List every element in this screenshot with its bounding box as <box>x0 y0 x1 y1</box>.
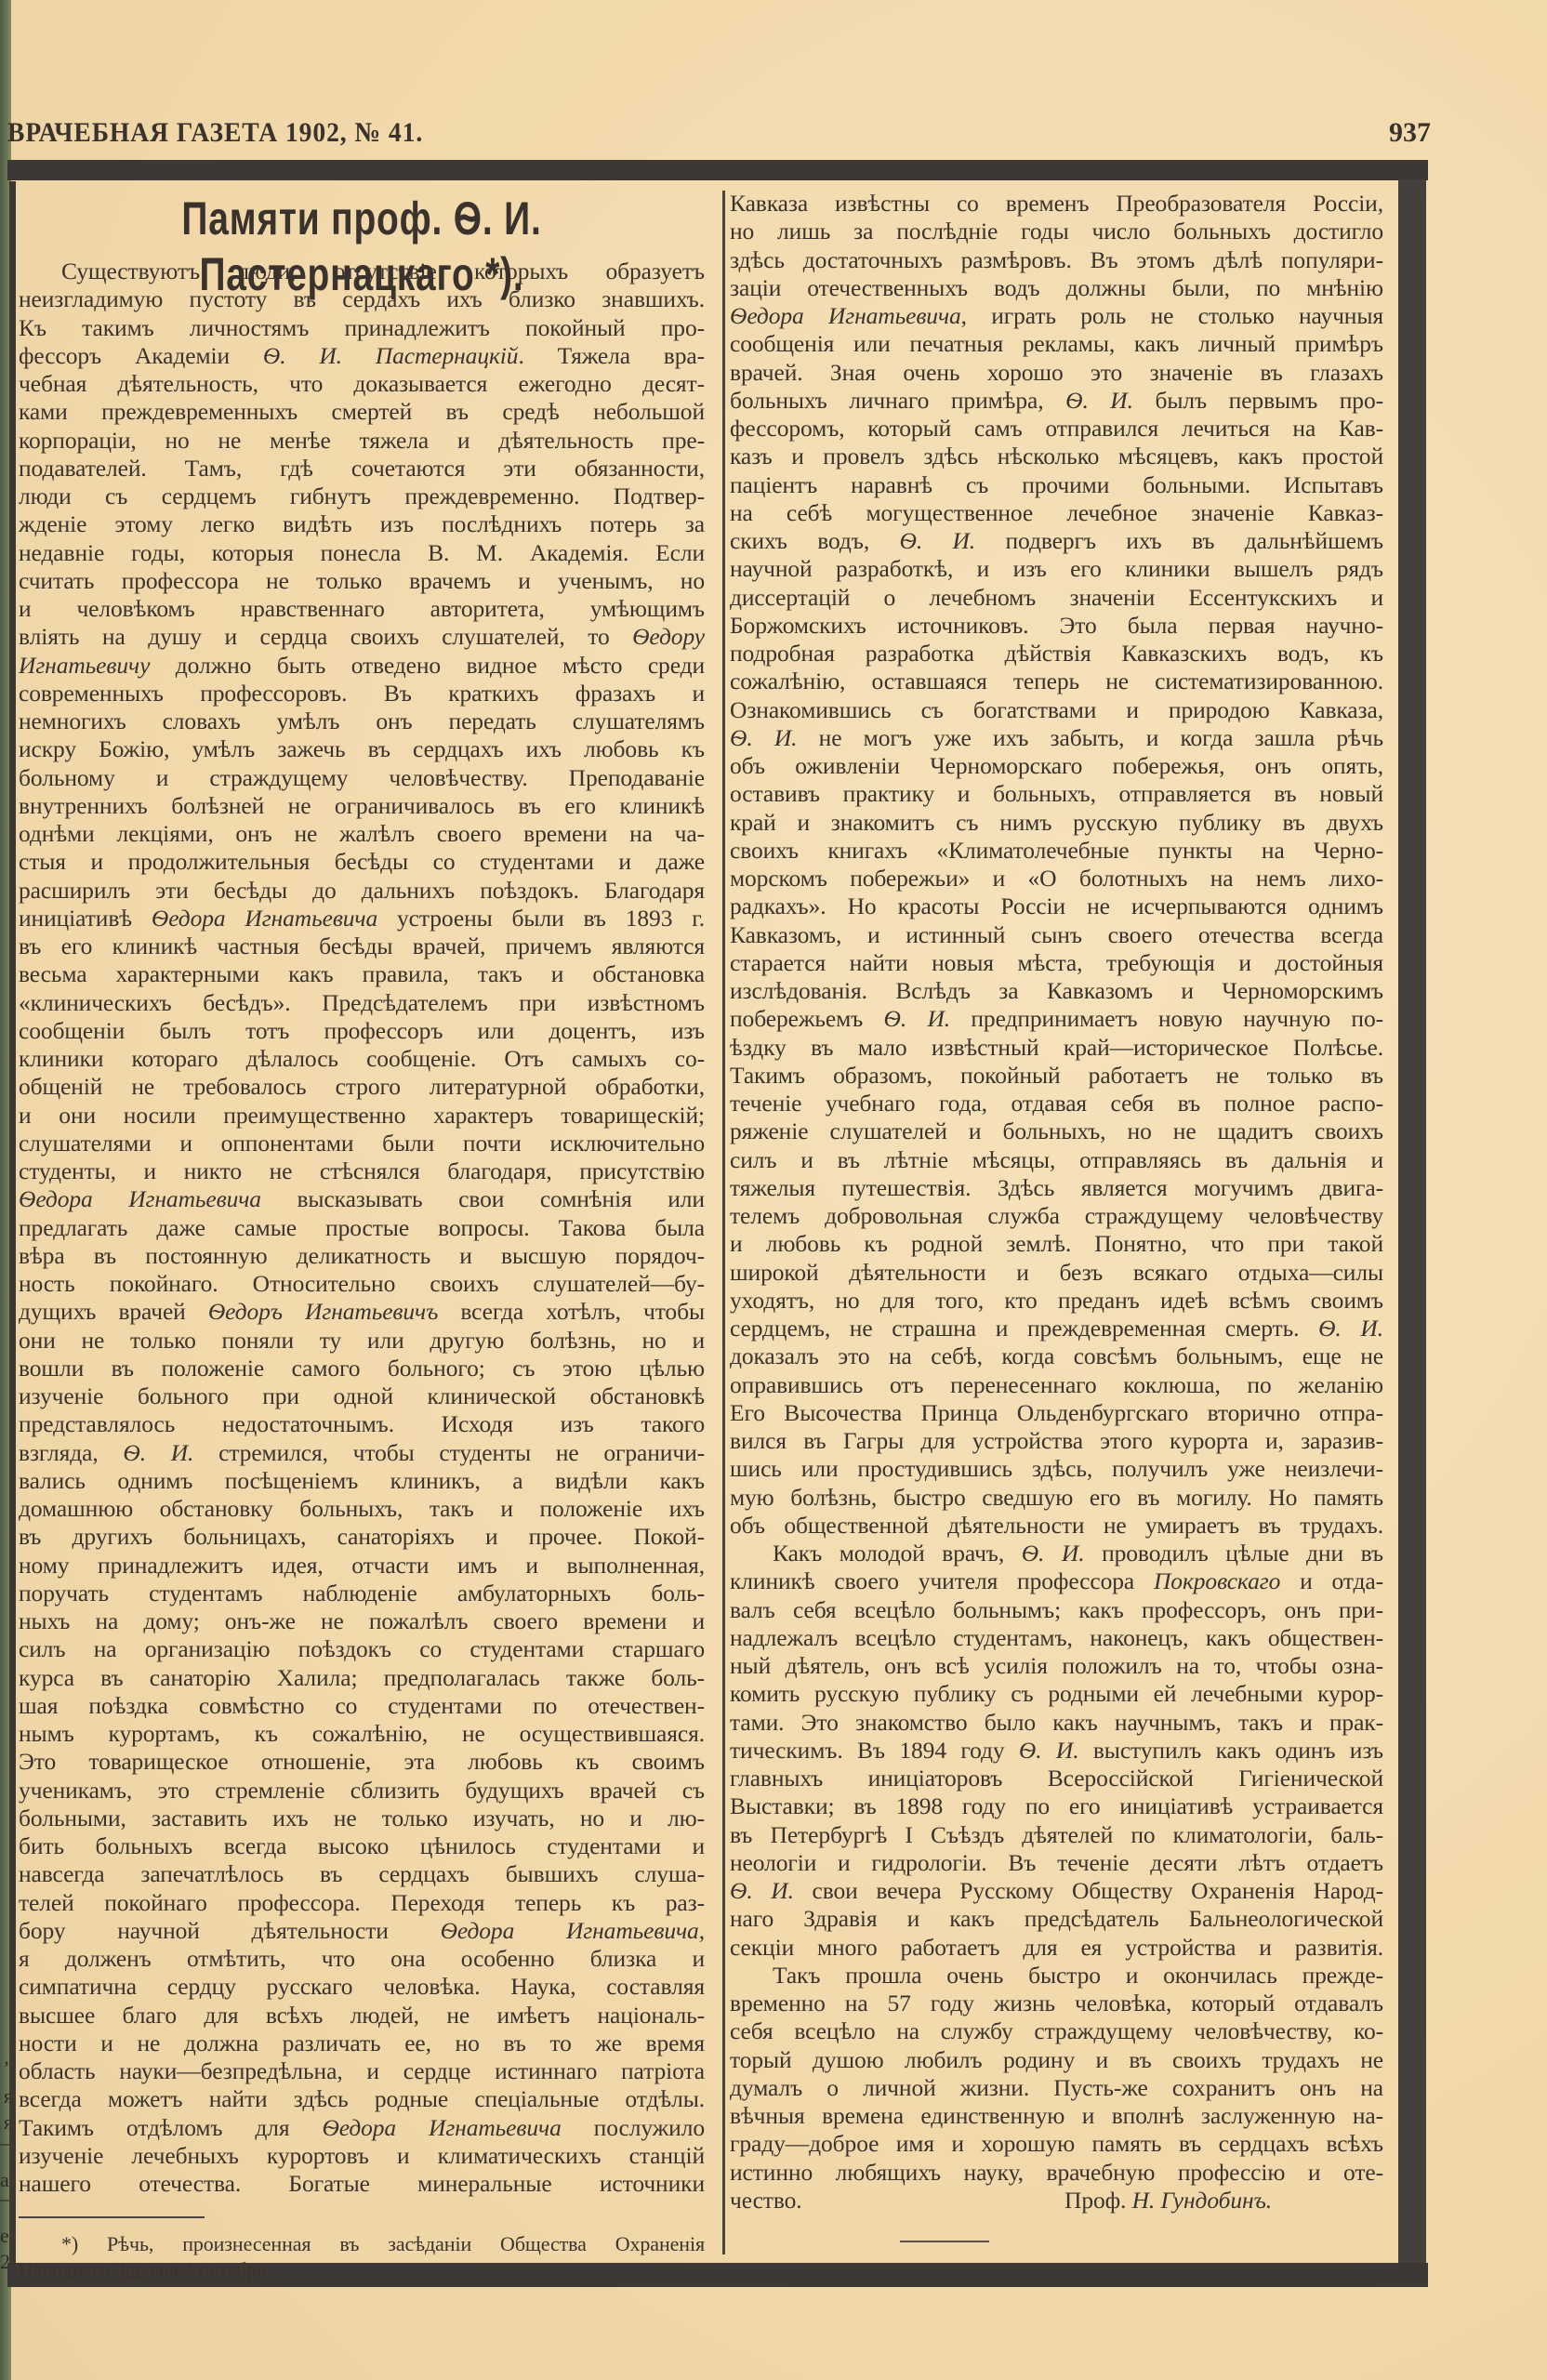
text-line: врачей. Зная очень хорошо это значеніе в… <box>730 359 1383 387</box>
text-line: бить больныхъ всегда высоко цѣнилось сту… <box>19 1832 705 1860</box>
text-line: «клиническихъ бесѣдъ». Предсѣдателемъ пр… <box>19 989 705 1017</box>
text-line: но лишь за послѣдніе годы число больныхъ… <box>730 218 1383 245</box>
text-line: тяжелыя путешествія. Здѣсь является могу… <box>730 1174 1383 1202</box>
text-line: силъ и въ лѣтніе мѣсяцы, отправляясь въ … <box>730 1146 1383 1174</box>
text-line: и человѣкомъ нравственнаго авторитета, у… <box>19 595 705 623</box>
text-line: доказалъ это на себѣ, когда совсѣмъ боль… <box>730 1342 1383 1370</box>
text-line: широкой дѣятельности и безъ всякаго отды… <box>730 1259 1383 1287</box>
text-line: Кавказомъ, и истинный сынъ своего отечес… <box>730 921 1383 949</box>
text-line: нымъ курортамъ, къ сожалѣнію, не осущест… <box>19 1720 705 1748</box>
signature-prefix: Проф. <box>1064 2187 1126 2214</box>
closing-line: чество. Проф. Н. Гундобинъ. <box>730 2187 1383 2215</box>
text-line: ѣздку въ мало извѣстный край—историческо… <box>730 1034 1383 1062</box>
text-line: ность покойнаго. Относительно своихъ слу… <box>19 1270 705 1298</box>
text-line: телемъ добровольная служба страждущему ч… <box>730 1202 1383 1230</box>
text-line: Его Высочества Принца Ольденбургскаго вт… <box>730 1399 1383 1427</box>
text-line: здѣсь достаточныхъ размѣровъ. Въ этомъ д… <box>730 246 1383 274</box>
text-line: мую болѣзнь, быстро сведшую его въ могил… <box>730 1484 1383 1512</box>
text-line: подавателей. Тамъ, гдѣ сочетаются эти об… <box>19 455 705 483</box>
running-head-title: ВРАЧЕБНАЯ ГАЗЕТА 1902, № 41. <box>7 117 423 149</box>
text-line: старается найти новыя мѣста, требующія и… <box>730 949 1383 977</box>
text-line: себя всецѣло на службу страждущему челов… <box>730 2017 1383 2045</box>
text-line: край и знакомитъ съ нимъ русскую публику… <box>730 809 1383 837</box>
text-line: Ѳ. И. свои вечера Русскому Обществу Охра… <box>730 1877 1383 1905</box>
text-line: диссертацій о лечебномъ значеніи Ессенту… <box>730 584 1383 612</box>
text-line: тическимъ. Въ 1894 году Ѳ. И. выступилъ … <box>730 1737 1383 1765</box>
text-line: влiять на душу и сердца своихъ слушателе… <box>19 623 705 651</box>
text-line: домашнюю обстановку больныхъ, такъ и пол… <box>19 1495 705 1523</box>
text-line: дущихъ врачей Ѳедоръ Игнатьевичъ всегда … <box>19 1298 705 1326</box>
text-line: Выставки; въ 1898 году по его иниціативѣ… <box>730 1792 1383 1820</box>
text-line: изслѣдованія. Вслѣдъ за Кавказомъ и Черн… <box>730 977 1383 1005</box>
text-line: ками преждевременныхъ смертей въ средѣ н… <box>19 398 705 426</box>
text-line: научной разработкѣ, и изъ его клиники вы… <box>730 555 1383 583</box>
text-line: я долженъ отмѣтить, что она особенно бли… <box>19 1945 705 1973</box>
text-line: паціентъ наравнѣ съ прочими больными. Ис… <box>730 471 1383 499</box>
text-line: комить русскую публику съ родными ей леч… <box>730 1680 1383 1708</box>
text-line: объ оживленіи Черноморскаго побережья, о… <box>730 752 1383 780</box>
text-line: побережьемъ Ѳ. И. предпринимаетъ новую н… <box>730 1005 1383 1033</box>
text-line: сердцемъ, не страшна и преждевременная с… <box>730 1315 1383 1342</box>
signature-name: Н. Гундобинъ. <box>1132 2187 1272 2214</box>
text-line: чебная дѣятельность, что доказывается еж… <box>19 370 705 398</box>
text-line: немногихъ словахъ умѣлъ онъ передать слу… <box>19 707 705 735</box>
footnote: *) Рѣчь, произнесенная въ засѣданіи Обще… <box>19 2231 705 2283</box>
text-line: надлежалъ всецѣло студентамъ, наконецъ, … <box>730 1624 1383 1652</box>
text-line: вѣра въ постоянную деликатность и высшую… <box>19 1242 705 1270</box>
text-line: секціи много работаетъ для ея устройства… <box>730 1934 1383 1962</box>
text-line: Ѳедора Игнатьевича, играть роль не столь… <box>730 302 1383 330</box>
text-line: временно на 57 году жизнь человѣка, кото… <box>730 1990 1383 2017</box>
text-line: представлялось недостаточнымъ. Исходя из… <box>19 1410 705 1438</box>
text-line: шая поѣздка совмѣстно со студентами по о… <box>19 1692 705 1720</box>
text-line: неологіи и гидрологіи. Въ теченіе десяти… <box>730 1849 1383 1877</box>
text-line: слушателями и оппонентами были почти иск… <box>19 1130 705 1157</box>
text-line: ному принадлежитъ идея, отчасти имъ и вы… <box>19 1552 705 1580</box>
text-line: Ѳ. И. не могъ уже ихъ забыть, и когда за… <box>730 724 1383 752</box>
text-line: Ознакомившись съ богатствами и природою … <box>730 696 1383 724</box>
left-border-rule <box>9 181 16 2264</box>
text-line: торый душою любилъ родину и въ своихъ тр… <box>730 2046 1383 2074</box>
text-line: главныхъ иниціаторовъ Всероссійской Гигі… <box>730 1765 1383 1792</box>
signature: Проф. Н. Гундобинъ. <box>1064 2187 1272 2215</box>
text-line: объ общественной дѣятельности не умирает… <box>730 1512 1383 1540</box>
left-column: Памяти проф. Ѳ. И. Пастернацкаго *). Сущ… <box>19 191 705 2283</box>
text-line: всегда можетъ найти здѣсь родные спеціал… <box>19 2085 705 2113</box>
top-border-rule <box>7 160 1428 180</box>
text-line: взгляда, Ѳ. И. стремился, чтобы студенты… <box>19 1439 705 1467</box>
text-line: вошли въ положеніе самого больного; съ э… <box>19 1355 705 1382</box>
text-line: и они носили преимущественно характеръ т… <box>19 1102 705 1130</box>
text-line: ныхъ на дому; онъ-же не пожалѣлъ своего … <box>19 1607 705 1635</box>
text-line: изученіе лечебныхъ курортовъ и климатиче… <box>19 2142 705 2170</box>
text-line: въ его клиникѣ частныя бесѣды врачей, пр… <box>19 932 705 960</box>
text-line: Народнаго Здравія 4 октября. <box>19 2257 705 2283</box>
text-line: *) Рѣчь, произнесенная въ засѣданіи Обще… <box>19 2231 705 2257</box>
right-column-body: Кавказа извѣстны со временъ Преобразоват… <box>730 190 1383 2187</box>
text-line: оправившись отъ перенесеннаго коклюша, п… <box>730 1371 1383 1399</box>
text-line: ученикамъ, это стремленіе сблизить будущ… <box>19 1777 705 1805</box>
text-line: люди съ сердцемъ гибнутъ преждевременно.… <box>19 483 705 510</box>
text-line: предлагать даже самые простые вопросы. Т… <box>19 1214 705 1242</box>
text-line: думалъ о личной жизни. Пусть-же сохранит… <box>730 2074 1383 2102</box>
text-line: весьма характерными какъ правила, такъ и… <box>19 960 705 988</box>
text-line: корпораціи, но не менѣе тяжела и дѣятель… <box>19 427 705 455</box>
text-line: на себѣ могущественное лечебное значеніе… <box>730 499 1383 527</box>
text-line: жденіе этому легко видѣть изъ послѣднихъ… <box>19 510 705 538</box>
text-line: Такимъ отдѣломъ для Ѳедора Игнатьевича п… <box>19 2114 705 2142</box>
text-line: бору научной дѣятельности Ѳедора Игнатье… <box>19 1917 705 1945</box>
end-of-article-rule <box>900 2241 989 2242</box>
text-line: шись или простудившись здѣсь, получилъ у… <box>730 1455 1383 1483</box>
text-line: студенты, и никто не стѣснялся благодаря… <box>19 1157 705 1185</box>
text-line: курса въ санаторію Халила; предполагалас… <box>19 1664 705 1692</box>
text-line: Игнатьевичу должно быть отведено видное … <box>19 652 705 680</box>
text-line: уходятъ, но для того, кто преданъ идеѣ в… <box>730 1287 1383 1315</box>
text-line: своихъ книгахъ «Климатолечебные пункты н… <box>730 837 1383 865</box>
text-line: оставивъ практику и больныхъ, отправляет… <box>730 780 1383 808</box>
text-line: вился въ Гагры для устройства этого куро… <box>730 1427 1383 1455</box>
text-line: валъ себя всецѣло больнымъ; какъ професс… <box>730 1596 1383 1624</box>
text-line: Ѳедора Игнатьевича высказывать свои сомн… <box>19 1185 705 1213</box>
text-line: Кавказа извѣстны со временъ Преобразоват… <box>730 190 1383 218</box>
text-line: поручать студентамъ наблюденіе амбулатор… <box>19 1580 705 1607</box>
text-line: Такъ прошла очень быстро и окончилась пр… <box>730 1962 1383 1990</box>
text-line: клиники котораго дѣлалось сообщеніе. Отъ… <box>19 1045 705 1073</box>
text-line: навсегда запечатлѣлось въ сердцахъ бывши… <box>19 1860 705 1888</box>
text-line: ности и не должна различать ее, но въ то… <box>19 2030 705 2057</box>
text-line: больныхъ личнаго примѣра, Ѳ. И. былъ пер… <box>730 387 1383 415</box>
text-line: Къ такимъ личностямъ принадлежитъ покойн… <box>19 314 705 342</box>
text-line: телей покойнаго профессора. Переходя теп… <box>19 1889 705 1917</box>
footnote-divider <box>19 2216 205 2218</box>
text-line: наго Здравія и какъ предсѣдатель Бальнео… <box>730 1905 1383 1933</box>
text-line: теченіе учебнаго года, отдавая себя въ п… <box>730 1090 1383 1117</box>
text-line: въ Петербургѣ I Съѣздъ дѣятелей по клима… <box>730 1821 1383 1849</box>
text-line: сожалѣнію, оставшаяся теперь не системат… <box>730 668 1383 695</box>
left-column-body: Существуютъ люди, отсутствіе которыхъ об… <box>19 258 705 2198</box>
text-line: считать профессора не только врачемъ и у… <box>19 567 705 595</box>
text-line: высшее благо для всѣхъ людей, не имѣетъ … <box>19 2002 705 2030</box>
text-line: фессоромъ, который самъ отправился лечит… <box>730 415 1383 443</box>
text-line: граду—доброе имя и хорошую память въ сер… <box>730 2130 1383 2158</box>
text-line: клиникѣ своего учителя профессора Покров… <box>730 1567 1383 1595</box>
text-line: они не только поняли ту или другую болѣз… <box>19 1327 705 1355</box>
text-line: Такимъ образомъ, покойный работаетъ не т… <box>730 1062 1383 1090</box>
closing-word: чество. <box>730 2187 802 2214</box>
text-line: симпатична сердцу русскаго человѣка. Нау… <box>19 1973 705 2001</box>
text-line: въ другихъ больницахъ, санаторіяхъ и про… <box>19 1523 705 1551</box>
text-line: подробная разработка дѣйствія Кавказских… <box>730 640 1383 668</box>
text-line: Боржомскихъ источниковъ. Это была первая… <box>730 612 1383 640</box>
text-line: искру Божію, умѣлъ зажечь въ сердцахъ их… <box>19 735 705 763</box>
text-line: казъ и провелъ здѣсь нѣсколько мѣсяцевъ,… <box>730 443 1383 470</box>
right-column: Кавказа извѣстны со временъ Преобразоват… <box>730 190 1383 2215</box>
text-line: фессоръ Академіи Ѳ. И. Пастернацкій. Тяж… <box>19 342 705 370</box>
article-title: Памяти проф. Ѳ. И. Пастернацкаго *). <box>94 191 629 258</box>
text-line: тами. Это знакомство было какъ научнымъ,… <box>730 1709 1383 1737</box>
text-line: Какъ молодой врачъ, Ѳ. И. проводилъ цѣлы… <box>730 1540 1383 1567</box>
text-line: изученіе больного при одной клинической … <box>19 1382 705 1410</box>
text-line: общеній не требовалось строго литературн… <box>19 1073 705 1101</box>
text-line: истинно любящихъ науку, врачебную профес… <box>730 2159 1383 2187</box>
text-line: ряженіе слушателей и больныхъ, но не щад… <box>730 1117 1383 1145</box>
text-line: нашего отечества. Богатые минеральные ис… <box>19 2170 705 2198</box>
text-line: однѣми лекціями, онъ не жалѣлъ своего вр… <box>19 820 705 848</box>
text-line: Это товарищеское отношеніе, эта любовь к… <box>19 1748 705 1776</box>
text-line: расширилъ эти бесѣды до дальнихъ поѣздок… <box>19 877 705 905</box>
page-number: 937 <box>1389 117 1431 149</box>
text-line: больному и страждущему человѣчеству. Пре… <box>19 764 705 792</box>
text-line: вѣчныя времена единственную и вполнѣ зас… <box>730 2102 1383 2130</box>
right-border-rule <box>1398 179 1426 2264</box>
text-line: вались однимъ посѣщеніемъ клиникъ, а вид… <box>19 1467 705 1495</box>
text-line: иниціативѣ Ѳедора Игнатьевича устроены б… <box>19 905 705 932</box>
text-line: сообщеніи былъ тотъ профессоръ или доцен… <box>19 1017 705 1045</box>
text-line: область науки—безпредѣльна, и сердце ист… <box>19 2057 705 2085</box>
text-line: и любовь къ родной землѣ. Понятно, что п… <box>730 1230 1383 1258</box>
text-line: современныхъ профессоровъ. Въ краткихъ ф… <box>19 680 705 707</box>
text-line: ный дѣятель, онъ всѣ усилія положилъ на … <box>730 1652 1383 1680</box>
text-line: силъ на организацію поѣздокъ со студента… <box>19 1635 705 1663</box>
text-line: сообщенія или печатныя рекламы, какъ лич… <box>730 330 1383 358</box>
column-divider <box>722 191 725 2254</box>
text-line: недавніе годы, которыя понесла В. М. Ака… <box>19 539 705 567</box>
text-line: больными, заставить ихъ не только изучат… <box>19 1805 705 1832</box>
text-line: внутреннихъ болѣзней не ограничивалось в… <box>19 792 705 820</box>
text-line: стыя и продолжительныя бесѣды со студент… <box>19 848 705 876</box>
text-line: морскомъ побережьи» и «О болотныхъ на не… <box>730 865 1383 892</box>
text-line: скихъ водъ, Ѳ. И. подвергъ ихъ въ дальнѣ… <box>730 527 1383 555</box>
text-line: радкахъ». Но красоты Россіи не исчерпыва… <box>730 892 1383 920</box>
text-line: заціи отечественныхъ водъ должны были, п… <box>730 274 1383 302</box>
